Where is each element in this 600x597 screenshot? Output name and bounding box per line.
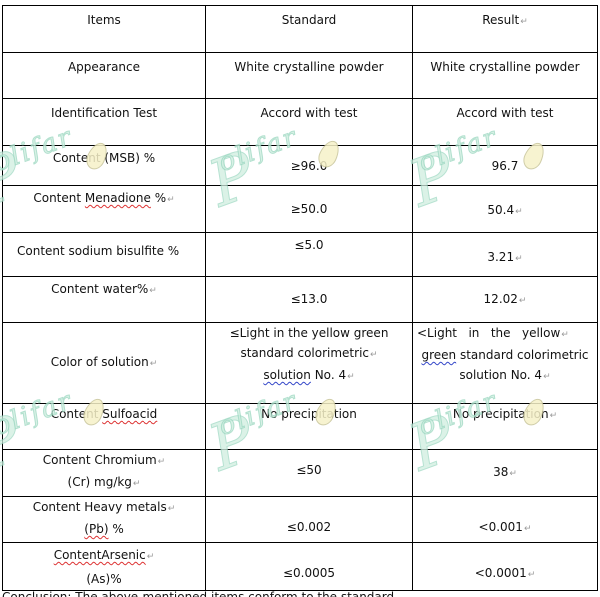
- item-cell: Content Menadione %↵: [3, 186, 206, 233]
- result-cell: 38↵: [413, 450, 598, 497]
- item-cell: Content Chromium↵ (Cr) mg/kg↵: [3, 450, 206, 497]
- table-row: Content sodium bisulfite % ≤5.0 3.21↵: [3, 233, 598, 277]
- table-row: Color of solution↵ ≤Light in the yellow …: [3, 323, 598, 404]
- conclusion-text-partial: Conclusion: The above-mentioned items co…: [2, 590, 394, 597]
- grammar-underline: green: [421, 348, 456, 362]
- table-row: ContentArsenic↵ (As)% ≤0.0005 <0.0001↵: [3, 543, 598, 591]
- standard-cell: ≤5.0: [206, 233, 413, 277]
- item-cell: Color of solution↵: [3, 323, 206, 404]
- standard-cell: ≤Light in the yellow green standard colo…: [206, 323, 413, 404]
- standard-cell: ≥50.0: [206, 186, 413, 233]
- result-cell: 96.7: [413, 146, 598, 186]
- header-items: Items: [3, 6, 206, 53]
- standard-cell: ≤0.0005: [206, 543, 413, 591]
- result-cell: 12.02↵: [413, 277, 598, 323]
- table-row: Appearance White crystalline powder Whit…: [3, 53, 598, 99]
- spellcheck-underline: Sulfoacid: [102, 407, 157, 421]
- standard-cell: ≥96.0: [206, 146, 413, 186]
- result-cell: <Light in the yellow↵ green standard col…: [413, 323, 598, 404]
- grammar-underline: solution: [263, 368, 311, 382]
- standard-cell: Accord with test: [206, 99, 413, 146]
- standard-cell: ≤13.0: [206, 277, 413, 323]
- standard-cell: White crystalline powder: [206, 53, 413, 99]
- result-cell: White crystalline powder: [413, 53, 598, 99]
- table-row: Content Sulfoacid No precipitation No pr…: [3, 404, 598, 450]
- coa-document-page: Items Standard Result↵ Appearance White …: [0, 0, 600, 597]
- spellcheck-underline: Menadione: [85, 191, 151, 205]
- spellcheck-underline: ContentArsenic: [54, 548, 146, 562]
- table-row: Content Heavy metals↵ (Pb) % ≤0.002 <0.0…: [3, 497, 598, 543]
- table-row: Content (MSB) % ≥96.0 96.7: [3, 146, 598, 186]
- item-cell: Identification Test: [3, 99, 206, 146]
- standard-cell: ≤0.002: [206, 497, 413, 543]
- table-row: Content Menadione %↵ ≥50.0 50.4↵: [3, 186, 598, 233]
- item-cell: Content Sulfoacid: [3, 404, 206, 450]
- result-cell: No precipitation↵: [413, 404, 598, 450]
- header-result: Result↵: [413, 6, 598, 53]
- result-cell: <0.001↵: [413, 497, 598, 543]
- table-row: Content water%↵ ≤13.0 12.02↵: [3, 277, 598, 323]
- specification-table: Items Standard Result↵ Appearance White …: [2, 5, 598, 591]
- item-cell: Content (MSB) %: [3, 146, 206, 186]
- header-standard: Standard: [206, 6, 413, 53]
- result-cell: Accord with test: [413, 99, 598, 146]
- item-cell: Content Heavy metals↵ (Pb) %: [3, 497, 206, 543]
- standard-cell: ≤50: [206, 450, 413, 497]
- result-cell: <0.0001↵: [413, 543, 598, 591]
- result-cell: 3.21↵: [413, 233, 598, 277]
- table-row: Identification Test Accord with test Acc…: [3, 99, 598, 146]
- item-cell: Content water%↵: [3, 277, 206, 323]
- spellcheck-underline: (Pb): [84, 522, 108, 536]
- item-cell: Appearance: [3, 53, 206, 99]
- item-cell: Content sodium bisulfite %: [3, 233, 206, 277]
- result-cell: 50.4↵: [413, 186, 598, 233]
- standard-cell: No precipitation: [206, 404, 413, 450]
- table-header-row: Items Standard Result↵: [3, 6, 598, 53]
- item-cell: ContentArsenic↵ (As)%: [3, 543, 206, 591]
- table-row: Content Chromium↵ (Cr) mg/kg↵ ≤50 38↵: [3, 450, 598, 497]
